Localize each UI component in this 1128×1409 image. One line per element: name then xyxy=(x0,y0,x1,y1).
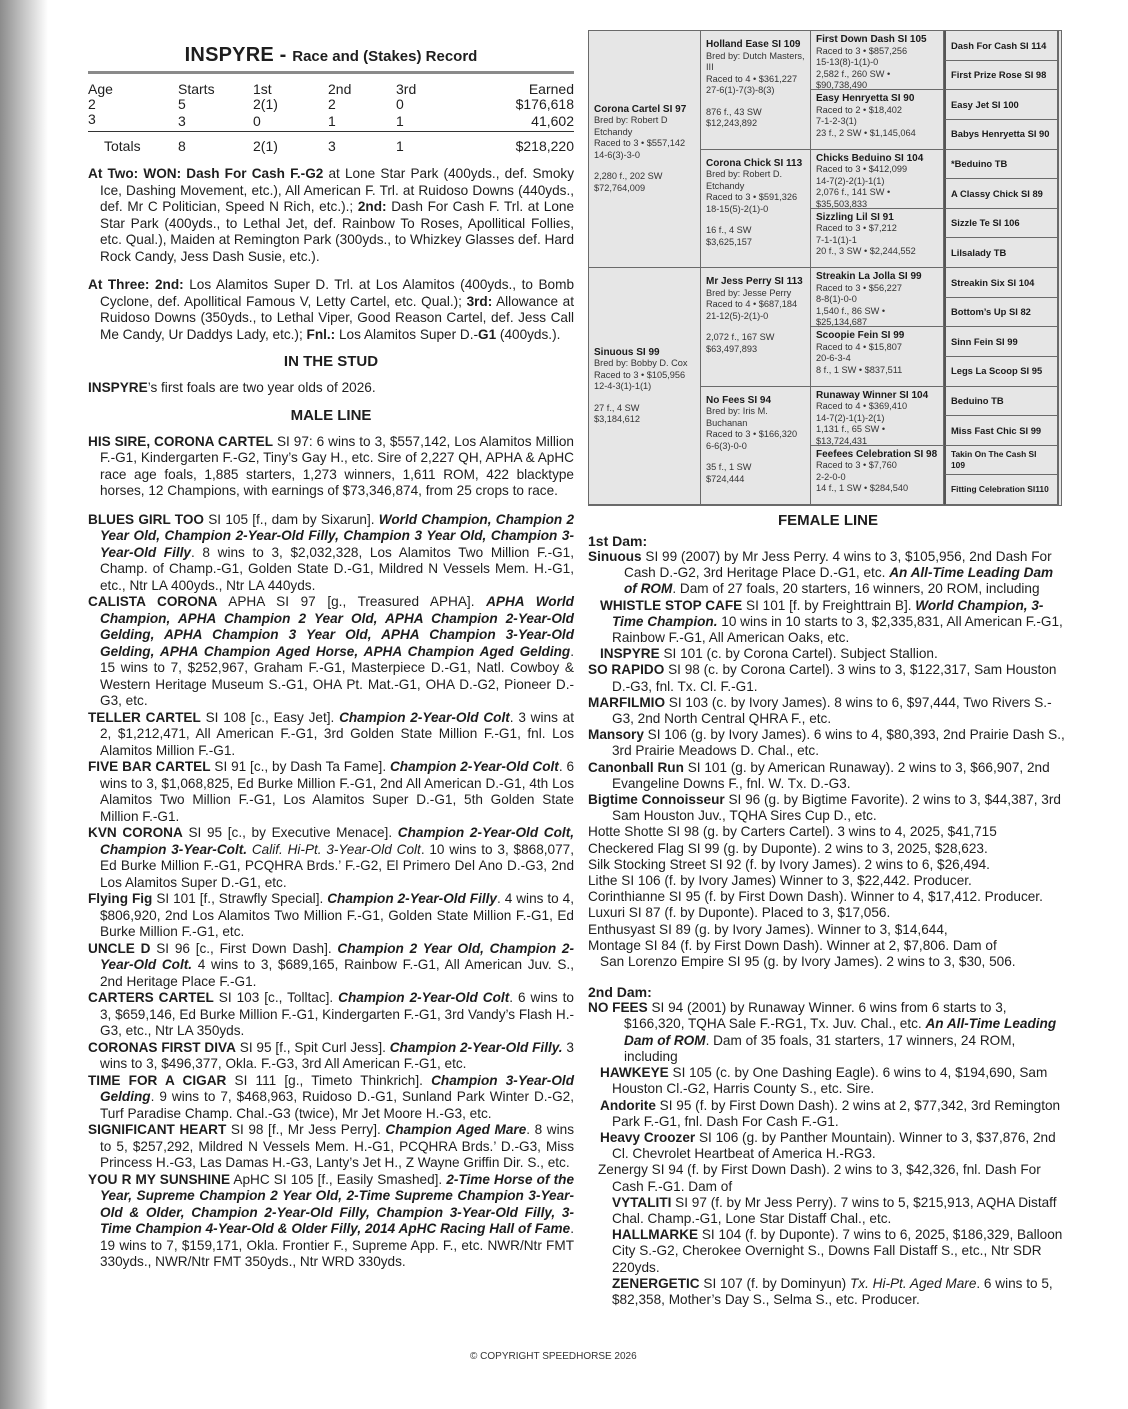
dam-produce-entry: Andorite SI 95 (f. by First Down Dash). … xyxy=(588,1098,1068,1130)
sire-offspring-list: BLUES GIRL TOO SI 105 [f., dam by Sixaru… xyxy=(88,512,574,1271)
offspring-name: Flying Fig xyxy=(88,891,152,906)
dam-produce-entry: Silk Stocking Street SI 92 (f. by Ivory … xyxy=(588,857,1068,873)
first-dam-produce-list: WHISTLE STOP CAFE SI 101 [f. by Freightt… xyxy=(588,598,1068,971)
pedigree-ancestor: Babys Henryetta SI 90 xyxy=(944,120,1059,150)
produce-name: INSPYRE xyxy=(600,646,660,661)
second-dam-paragraph: NO FEES SI 94 (2001) by Runaway Winner. … xyxy=(588,1000,1068,1065)
sire-paragraph: HIS SIRE, CORONA CARTEL SI 97: 6 wins to… xyxy=(88,434,574,500)
offspring-honors: Champion 2-Year-Old Filly. xyxy=(390,1040,563,1055)
produce-name: HALLMARKE xyxy=(612,1227,698,1242)
in-the-stud-heading: IN THE STUD xyxy=(88,353,574,370)
offspring-entry: FIVE BAR CARTEL SI 91 [c., by Dash Ta Fa… xyxy=(88,759,574,825)
second-dam-produce-list: HAWKEYE SI 105 (c. by One Dashing Eagle)… xyxy=(588,1065,1068,1308)
pedigree-ancestor: Sizzle Te SI 106 xyxy=(944,209,1059,239)
grand-produce-entry: VYTALITI SI 97 (f. by Mr Jess Perry). 7 … xyxy=(588,1195,1068,1227)
page-title: INSPYRE - Race and (Stakes) Record xyxy=(88,44,574,67)
pedigree-ancestor: Streakin Six SI 104 xyxy=(944,268,1059,298)
pedigree-grandparent: Holland Ease SI 109Bred by: Dutch Master… xyxy=(701,31,811,150)
dam-produce-entry: Lithe SI 106 (f. by Ivory James) Winner … xyxy=(588,873,1068,889)
pedigree-ancestor: Legs La Scoop SI 95 xyxy=(944,357,1059,387)
dam-produce-entry: SO RAPIDO SI 98 (c. by Corona Cartel). 3… xyxy=(588,662,1068,694)
male-line-heading: MALE LINE xyxy=(88,407,574,424)
totals-row: Totals 8 2(1) 3 1 $218,220 xyxy=(88,132,574,160)
offspring-name: TELLER CARTEL xyxy=(88,710,201,725)
pedigree-great-grandparent: Runaway Winner SI 104Raced to 4 • $369,4… xyxy=(811,387,944,446)
pedigree-ancestor: A Classy Chick SI 89 xyxy=(944,179,1059,209)
produce-name: Heavy Croozer xyxy=(600,1130,695,1145)
dam-produce-entry: Zenergy SI 94 (f. by First Down Dash). 2… xyxy=(588,1162,1068,1194)
pedigree-ancestor: Beduino TB xyxy=(944,387,1059,417)
offspring-name: UNCLE D xyxy=(88,941,150,956)
offspring-name: YOU R MY SUNSHINE xyxy=(88,1172,230,1187)
pedigree-sire-dam: Corona Cartel SI 97Bred by: Robert D Etc… xyxy=(589,31,701,268)
table-row: 3 3 0 1 1 41,602 xyxy=(88,112,574,132)
grand-produce-entry: San Lorenzo Empire SI 95 (g. by Ivory Ja… xyxy=(588,954,1068,970)
dam-produce-entry: Heavy Croozer SI 106 (g. by Panther Moun… xyxy=(588,1130,1068,1162)
dam-produce-entry: Mansory SI 106 (g. by Ivory James). 6 wi… xyxy=(588,727,1068,759)
pedigree-grandparent: Mr Jess Perry SI 113Bred by: Jesse Perry… xyxy=(701,268,811,387)
dam-produce-entry: INSPYRE SI 101 (c. by Corona Cartel). Su… xyxy=(588,646,1068,662)
offspring-name: FIVE BAR CARTEL xyxy=(88,759,211,774)
pedigree-ancestor: Sinn Fein SI 99 xyxy=(944,327,1059,357)
pedigree-grandparent: No Fees SI 94Bred by: Iris M. BuchananRa… xyxy=(701,387,811,506)
pedigree-ancestor: Fitting Celebration SI110 xyxy=(944,475,1059,505)
in-the-stud-text: INSPYRE’s first foals are two year olds … xyxy=(88,380,574,397)
offspring-name: KVN CORONA xyxy=(88,825,183,840)
page-spine-shadow xyxy=(0,0,48,1409)
offspring-honors: Champion 2-Year-Old Filly xyxy=(327,891,497,906)
offspring-name: CALISTA CORONA xyxy=(88,594,217,609)
pedigree-ancestor: *Beduino TB xyxy=(944,150,1059,180)
pedigree-ancestor: First Prize Rose SI 98 xyxy=(944,61,1059,91)
offspring-name: SIGNIFICANT HEART xyxy=(88,1122,226,1137)
offspring-entry: Flying Fig SI 101 [f., Strawfly Special]… xyxy=(88,891,574,941)
pedigree-great-grandparent: Easy Henryetta SI 90Raced to 2 • $18,402… xyxy=(811,90,944,149)
pedigree-great-grandparent: Streakin La Jolla SI 99Raced to 3 • $56,… xyxy=(811,268,944,327)
offspring-entry: TIME FOR A CIGAR SI 111 [g., Timeto Thin… xyxy=(88,1073,574,1123)
offspring-entry: KVN CORONA SI 95 [c., by Executive Menac… xyxy=(88,825,574,891)
produce-name: ZENERGETIC xyxy=(612,1276,700,1291)
right-column: Corona Cartel SI 97Bred by: Robert D Etc… xyxy=(588,30,1068,1308)
produce-name: SO RAPIDO xyxy=(588,662,664,677)
female-line-heading: FEMALE LINE xyxy=(588,512,1068,529)
pedigree-ancestor: Bottom’s Up SI 82 xyxy=(944,298,1059,328)
dam-produce-entry: Bigtime Connoisseur SI 96 (g. by Bigtime… xyxy=(588,792,1068,824)
offspring-entry: BLUES GIRL TOO SI 105 [f., dam by Sixaru… xyxy=(88,512,574,595)
pedigree-ancestor: Takin On The Cash SI 109 xyxy=(944,446,1059,476)
offspring-entry: TELLER CARTEL SI 108 [c., Easy Jet]. Cha… xyxy=(88,710,574,760)
offspring-honors: Champion 2-Year-Old Colt xyxy=(338,990,509,1005)
second-dam-label: 2nd Dam: xyxy=(588,984,1068,1000)
pedigree-ancestor: Dash For Cash SI 114 xyxy=(944,31,1059,61)
dam-produce-entry: Luxuri SI 87 (f. by Duponte). Placed to … xyxy=(588,905,1068,921)
dam-produce-entry: HAWKEYE SI 105 (c. by One Dashing Eagle)… xyxy=(588,1065,1068,1097)
table-row: 2 5 2(1) 2 0 $176,618 xyxy=(88,97,574,112)
pedigree-great-grandparent: Scoopie Fein SI 99Raced to 4 • $15,80720… xyxy=(811,327,944,386)
offspring-name: TIME FOR A CIGAR xyxy=(88,1073,226,1088)
at-two-summary: At Two: WON: Dash For Cash F.-G2 at Lone… xyxy=(88,166,574,265)
produce-name: Canonball Run xyxy=(588,760,684,775)
pedigree-grandparent: Corona Chick SI 113Bred by: Robert D. Et… xyxy=(701,150,811,269)
produce-name: Mansory xyxy=(588,727,644,742)
produce-name: WHISTLE STOP CAFE xyxy=(600,598,742,613)
pedigree-ancestor: Miss Fast Chic SI 99 xyxy=(944,416,1059,446)
pedigree-great-grandparent: Feefees Celebration SI 98Raced to 3 • $7… xyxy=(811,446,944,505)
produce-name: MARFILMIO xyxy=(588,695,665,710)
pedigree-chart: Corona Cartel SI 97Bred by: Robert D Etc… xyxy=(588,30,1062,506)
horse-name: INSPYRE xyxy=(185,44,274,66)
offspring-entry: CARTERS CARTEL SI 103 [c., Tolltac]. Cha… xyxy=(88,990,574,1040)
offspring-entry: CORONAS FIRST DIVA SI 95 [f., Spit Curl … xyxy=(88,1040,574,1073)
pedigree-ancestor: Easy Jet SI 100 xyxy=(944,90,1059,120)
first-dam-label: 1st Dam: xyxy=(588,533,1068,549)
offspring-entry: CALISTA CORONA APHA SI 97 [g., Treasured… xyxy=(88,594,574,710)
dam-produce-entry: Hotte Shotte SI 98 (g. by Carters Cartel… xyxy=(588,824,1068,840)
pedigree-great-grandparent: Chicks Beduino SI 104Raced to 3 • $412,0… xyxy=(811,150,944,209)
offspring-entry: YOU R MY SUNSHINE ApHC SI 105 [f., Easil… xyxy=(88,1172,574,1271)
produce-name: VYTALITI xyxy=(612,1195,671,1210)
offspring-entry: SIGNIFICANT HEART SI 98 [f., Mr Jess Per… xyxy=(88,1122,574,1172)
dam-produce-entry: Enthusyast SI 89 (g. by Ivory James). Wi… xyxy=(588,922,1068,938)
offspring-entry: UNCLE D SI 96 [c., First Down Dash]. Cha… xyxy=(88,941,574,991)
title-subtitle: Race and (Stakes) Record xyxy=(292,48,477,65)
produce-name: Andorite xyxy=(600,1098,656,1113)
offspring-name: CORONAS FIRST DIVA xyxy=(88,1040,236,1055)
table-header-row: Age Starts 1st 2nd 3rd Earned xyxy=(88,74,574,97)
offspring-name: CARTERS CARTEL xyxy=(88,990,214,1005)
offspring-honors: Champion 2-Year-Old Colt xyxy=(390,759,559,774)
pedigree-ancestor: Lilsalady TB xyxy=(944,238,1059,268)
at-three-summary: At Three: 2nd: Los Alamitos Super D. Trl… xyxy=(88,277,574,343)
grand-produce-entry: HALLMARKE SI 104 (f. by Duponte). 7 wins… xyxy=(588,1227,1068,1276)
grand-produce-entry: ZENERGETIC SI 107 (f. by Dominyun) Tx. H… xyxy=(588,1276,1068,1308)
left-column: INSPYRE - Race and (Stakes) Record Age S… xyxy=(88,44,574,1271)
dam-produce-entry: Montage SI 84 (f. by First Down Dash). W… xyxy=(588,938,1068,954)
race-record-table: Age Starts 1st 2nd 3rd Earned 2 5 2(1) 2… xyxy=(88,71,574,160)
dam-produce-entry: MARFILMIO SI 103 (c. by Ivory James). 8 … xyxy=(588,695,1068,727)
offspring-honors: Champion 2-Year-Old Colt xyxy=(339,710,510,725)
first-dam-paragraph: Sinuous SI 99 (2007) by Mr Jess Perry. 4… xyxy=(588,549,1068,598)
copyright-footer: © COPYRIGHT SPEEDHORSE 2026 xyxy=(470,1351,637,1362)
offspring-name: BLUES GIRL TOO xyxy=(88,512,204,527)
dam-produce-entry: Corinthianne SI 95 (f. by First Down Das… xyxy=(588,889,1068,905)
dam-produce-entry: Checkered Flag SI 99 (g. by Duponte). 2 … xyxy=(588,841,1068,857)
produce-name: Bigtime Connoisseur xyxy=(588,792,725,807)
dam-produce-entry: WHISTLE STOP CAFE SI 101 [f. by Freightt… xyxy=(588,598,1068,647)
dam-produce-entry: Canonball Run SI 101 (g. by American Run… xyxy=(588,760,1068,792)
pedigree-great-grandparent: Sizzling Lil SI 91Raced to 3 • $7,2127-1… xyxy=(811,209,944,268)
offspring-honors: Champion Aged Mare xyxy=(385,1122,526,1137)
pedigree-sire-dam: Sinuous SI 99Bred by: Bobby D. CoxRaced … xyxy=(589,268,701,505)
pedigree-great-grandparent: First Down Dash SI 105Raced to 3 • $857,… xyxy=(811,31,944,90)
produce-name: HAWKEYE xyxy=(600,1065,669,1080)
